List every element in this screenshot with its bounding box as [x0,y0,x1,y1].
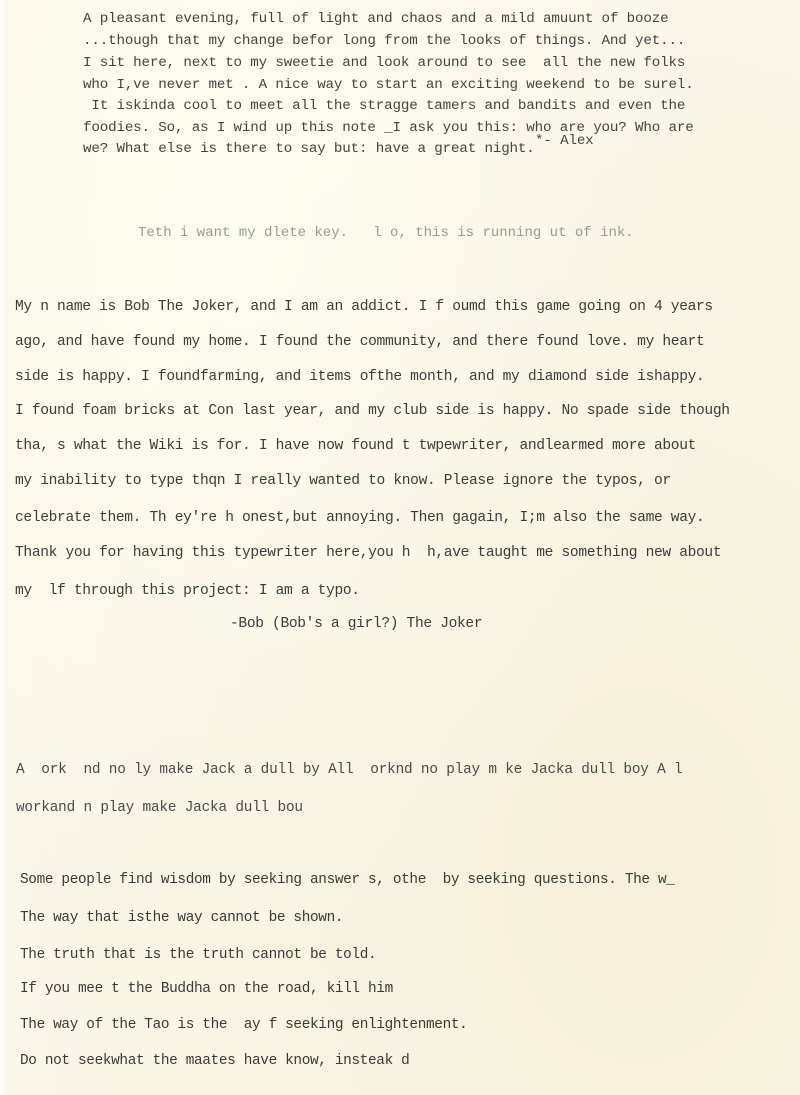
entry-line: my inability to type thqn I really wante… [15,473,671,489]
entry-line: foodies. So, as I wind up this note _I a… [83,120,694,136]
entry-line: A ork nd no ly make Jack a dull by All o… [16,762,682,778]
entry-line: It iskinda cool to meet all the stragge … [83,98,685,114]
entry-line: who I,ve never met . A nice way to start… [83,77,694,93]
entry-line: The way of the Tao is the ay f seeking e… [20,1017,467,1033]
entry-line: Teth i want my dlete key. l o, this is r… [138,225,634,241]
entry-line: tha, s what the Wiki is for. I have now … [15,438,696,454]
signature: -Bob (Bob's a girl?) The Joker [230,616,482,632]
entry-line: Some people find wisdom by seeking answe… [20,872,675,888]
entry-line: If you mee t the Buddha on the road, kil… [20,981,393,997]
entry-line: we? What else is there to say but: have … [83,141,535,157]
entry-line: The way that isthe way cannot be shown. [20,910,343,926]
entry-line: I sit here, next to my sweetie and look … [83,55,685,71]
entry-line: my lf through this project: I am a typo. [15,583,360,599]
entry-line: workand n play make Jacka dull bou [16,800,303,816]
paper-edge [0,0,8,1095]
entry-line: A pleasant evening, full of light and ch… [83,11,668,27]
entry-line: celebrate them. Th ey're h onest,but ann… [15,510,704,526]
entry-line: Do not seekwhat the maates have know, in… [20,1053,409,1069]
entry-line: ago, and have found my home. I found the… [15,334,704,350]
entry-line: My n name is Bob The Joker, and I am an … [15,299,713,315]
signature: *- Alex [535,133,594,149]
entry-line: The truth that is the truth cannot be to… [20,947,376,963]
entry-line: I found foam bricks at Con last year, an… [15,403,730,419]
entry-line: side is happy. I foundfarming, and items… [15,369,704,385]
entry-line: ...though that my change befor long from… [83,33,685,49]
entry-line: Thank you for having this typewriter her… [15,545,721,561]
